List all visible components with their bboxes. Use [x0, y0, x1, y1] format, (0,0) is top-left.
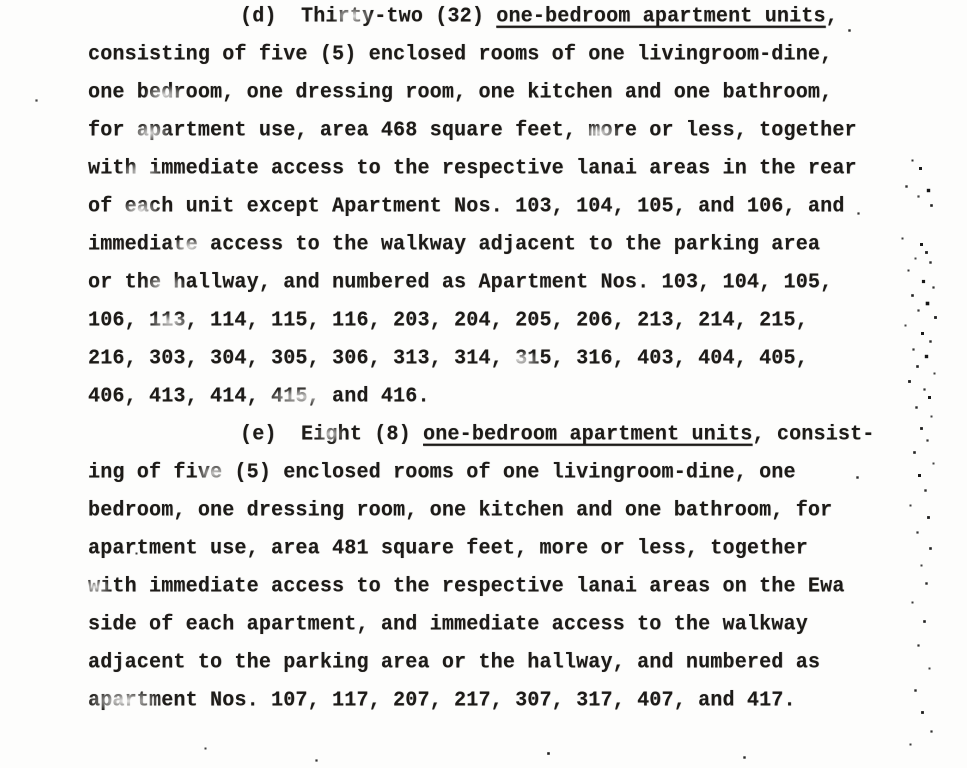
- text-line: bedroom, one dressing room, one kitchen …: [88, 490, 888, 531]
- text-line: apartment Nos. 107, 117, 207, 217, 307, …: [88, 680, 888, 721]
- text-line: 106, 113, 114, 115, 116, 203, 204, 205, …: [88, 300, 888, 341]
- text-line: adjacent to the parking area or the hall…: [88, 642, 888, 683]
- text-block: (d) Thirty-two (32) one-bedroom apartmen…: [88, 0, 888, 720]
- text-line: consisting of five (5) enclosed rooms of…: [88, 34, 888, 75]
- text-line: with immediate access to the respective …: [88, 148, 888, 189]
- text-line: apartment use, area 481 square feet, mor…: [88, 528, 888, 569]
- text-line: of each unit except Apartment Nos. 103, …: [88, 186, 888, 227]
- clause-e-opening-suffix: , consist-: [752, 422, 874, 447]
- text-line: immediate access to the walkway adjacent…: [88, 224, 888, 265]
- clause-d-opening-line: (d) Thirty-two (32) one-bedroom apartmen…: [88, 0, 888, 38]
- document-page: (d) Thirty-two (32) one-bedroom apartmen…: [0, 0, 967, 768]
- text-line: for apartment use, area 468 square feet,…: [88, 110, 888, 151]
- text-line: ing of five (5) enclosed rooms of one li…: [88, 452, 888, 493]
- scan-noise-speckles: [0, 0, 1, 1]
- clause-e-underlined-phrase: one-bedroom apartment units: [423, 422, 752, 447]
- clause-e-paragraph: (e) Eight (8) one-bedroom apartment unit…: [88, 416, 888, 720]
- clause-d-underlined-phrase: one-bedroom apartment units: [496, 4, 825, 29]
- clause-d-marker-and-count: (d) Thirty-two (32): [240, 4, 496, 29]
- text-line: one bedroom, one dressing room, one kitc…: [88, 72, 888, 113]
- text-line: side of each apartment, and immediate ac…: [88, 604, 888, 645]
- text-line: 406, 413, 414, 415, and 416.: [88, 376, 888, 417]
- clause-e-opening-line: (e) Eight (8) one-bedroom apartment unit…: [88, 414, 888, 455]
- text-line: or the hallway, and numbered as Apartmen…: [88, 262, 888, 303]
- clause-d-paragraph: (d) Thirty-two (32) one-bedroom apartmen…: [88, 0, 888, 416]
- clause-d-opening-suffix: ,: [826, 4, 838, 29]
- text-line: 216, 303, 304, 305, 306, 313, 314, 315, …: [88, 338, 888, 379]
- text-line: with immediate access to the respective …: [88, 566, 888, 607]
- clause-e-marker-and-count: (e) Eight (8): [240, 422, 423, 447]
